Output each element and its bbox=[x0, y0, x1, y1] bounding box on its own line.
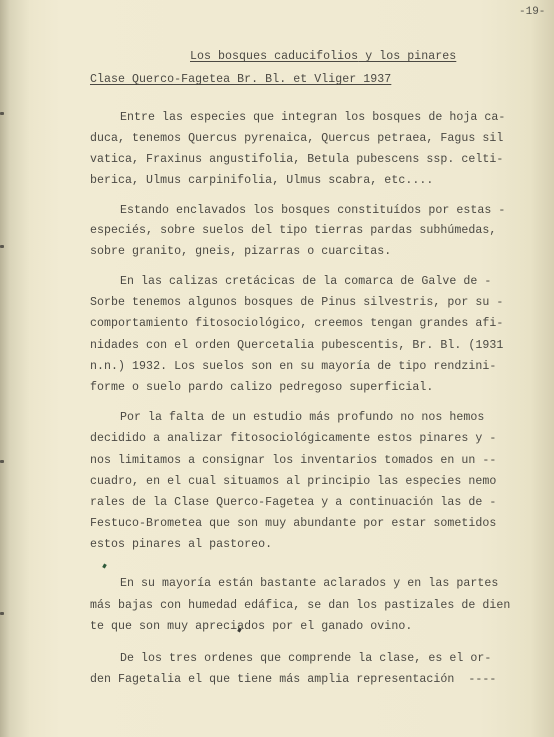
section-title: Los bosques caducifolios y los pinares bbox=[190, 50, 456, 64]
paragraph-1-line-3: vatica, Fraxinus angustifolia, Betula pu… bbox=[90, 153, 503, 167]
title-part-2: y los pinares bbox=[358, 50, 456, 63]
margin-ink-mark bbox=[0, 460, 4, 463]
paragraph-2-line-2: especiés, sobre suelos del tipo tierras … bbox=[90, 224, 496, 238]
paragraph-3-line-2: Sorbe tenemos algunos bosques de Pinus s… bbox=[90, 296, 503, 310]
paragraph-3-line-6: forme o suelo pardo calizo pedregoso sup… bbox=[90, 381, 433, 395]
paragraph-6-line-1: De los tres ordenes que comprende la cla… bbox=[120, 652, 491, 666]
margin-ink-mark bbox=[0, 612, 4, 615]
paragraph-4-line-6: Festuco-Brometea que son muy abundante p… bbox=[90, 517, 496, 531]
paragraph-3-line-5: n.n.) 1932. Los suelos son en su mayoría… bbox=[90, 360, 496, 374]
margin-ink-mark bbox=[0, 112, 4, 115]
paragraph-4-line-1: Por la falta de un estudio más profundo … bbox=[120, 411, 484, 425]
paragraph-1-line-4: berica, Ulmus carpinifolia, Ulmus scabra… bbox=[90, 174, 433, 188]
title-part-1: Los bosques caducifolios bbox=[190, 50, 358, 63]
paragraph-1-line-2: duca, tenemos Quercus pyrenaica, Quercus… bbox=[90, 132, 503, 146]
paragraph-4-line-7: estos pinares al pastoreo. bbox=[90, 538, 272, 552]
paragraph-3-line-1: En las calizas cretácicas de la comarca … bbox=[120, 275, 491, 289]
paragraph-5-line-2: más bajas con humedad edáfica, se dan lo… bbox=[90, 599, 510, 613]
page-number: -19- bbox=[519, 6, 545, 18]
typewritten-page: -19- Los bosques caducifolios y los pina… bbox=[0, 0, 554, 737]
paragraph-5-line-1: En su mayoría están bastante aclarados y… bbox=[120, 577, 498, 591]
paragraph-4-line-3: nos limitamos a consignar los inventario… bbox=[90, 454, 496, 468]
paragraph-3-line-3: comportamiento fitosociológico, creemos … bbox=[90, 317, 503, 331]
paragraph-2-line-3: sobre granito, gneis, pizarras o cuarcit… bbox=[90, 245, 391, 259]
paragraph-6-line-2: den Fagetalia el que tiene más amplia re… bbox=[90, 673, 496, 687]
paragraph-3-line-4: nidades con el orden Quercetalia pubesce… bbox=[90, 339, 503, 353]
paragraph-2-line-1: Estando enclavados los bosques constituí… bbox=[120, 204, 505, 218]
paragraph-4-line-4: cuadro, en el cual situamos al principio… bbox=[90, 475, 496, 489]
paragraph-4-line-5: rales de la Clase Querco-Fagetea y a con… bbox=[90, 496, 496, 510]
ink-tick-mark bbox=[102, 564, 107, 569]
section-subtitle: Clase Querco-Fagetea Br. Bl. et Vliger 1… bbox=[90, 73, 391, 87]
paragraph-5-line-3: te que son muy apreciados por el ganado … bbox=[90, 620, 412, 634]
paragraph-1-line-1: Entre las especies que integran los bosq… bbox=[120, 111, 505, 125]
margin-ink-mark bbox=[0, 245, 4, 248]
paragraph-4-line-2: decidido a analizar fitosociológicamente… bbox=[90, 432, 496, 446]
